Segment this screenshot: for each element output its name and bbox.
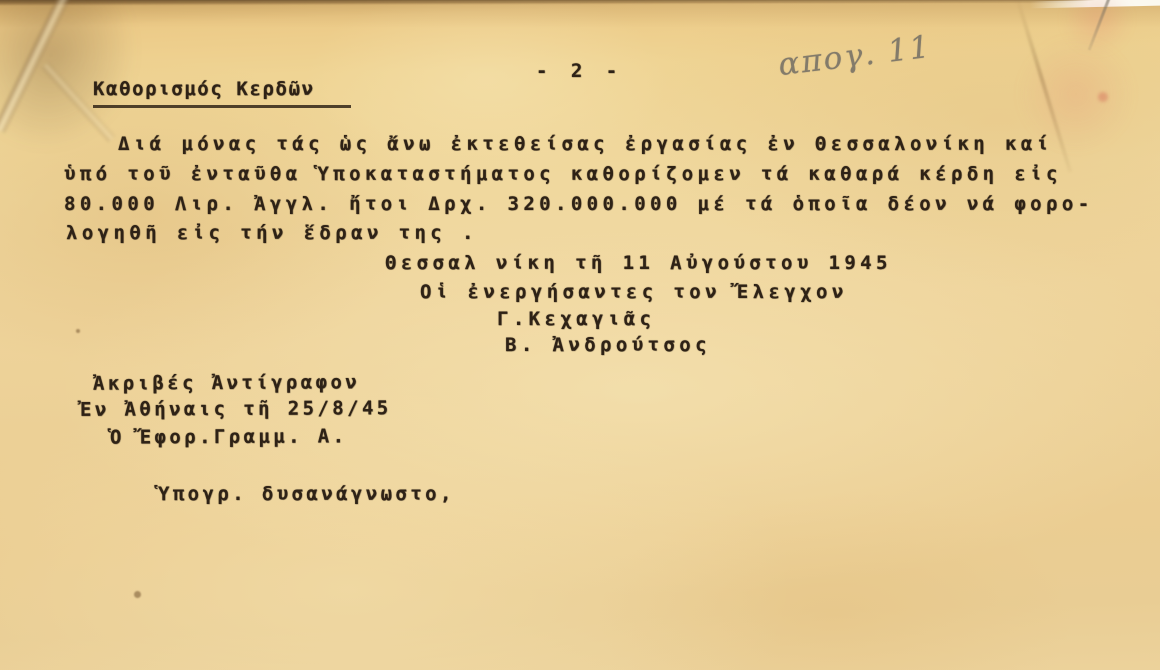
- document-heading: Καθορισμός Κερδῶν: [93, 78, 351, 108]
- auditors-heading: Οἱ ἐνεργήσαντες τον Ἔλεγχον: [420, 281, 848, 303]
- certified-copy-label: Ἀκριβές Ἀντίγραφον: [93, 371, 360, 394]
- paper-top-shade: [0, 2, 1160, 28]
- body-line-4: λογηθῆ εἰς τήν ἕδραν της .: [66, 222, 478, 244]
- body-line-3: 80.000 Λιρ. Ἀγγλ. ἤτοι Δρχ. 320.000.000 …: [64, 193, 1094, 215]
- illegible-signature-note: Ὑπογρ. δυσανάγνωστο,: [158, 483, 455, 505]
- faded-stamp-mark: [1098, 92, 1108, 102]
- auditor-name: Β. Ἀνδρούτσος: [505, 334, 711, 356]
- paper-speck: [76, 329, 80, 333]
- scanned-document: - 2 - απογ. 11 Καθορισμός Κερδῶν Διά μόν…: [0, 0, 1160, 670]
- body-line-1: Διά μόνας τάς ὡς ἄνω ἐκτεθείσας ἐργασίας…: [118, 133, 1053, 155]
- official-title-line: Ὁ Ἔφορ.Γραμμ. Α.: [110, 425, 348, 448]
- body-line-2: ὑπό τοῦ ἐνταῦθα Ὑποκαταστήματος καθορίζο…: [64, 163, 1062, 185]
- auditor-name: Γ.Κεχαγιᾶς: [497, 308, 655, 330]
- paper-speck: [134, 591, 141, 598]
- signature-place-date: Θεσσαλ νίκη τῆ 11 Αὐγούστου 1945: [385, 252, 892, 274]
- page-number: - 2 -: [536, 60, 623, 82]
- athens-date-line: Ἐν Ἀθήναις τῆ 25/8/45: [80, 397, 392, 421]
